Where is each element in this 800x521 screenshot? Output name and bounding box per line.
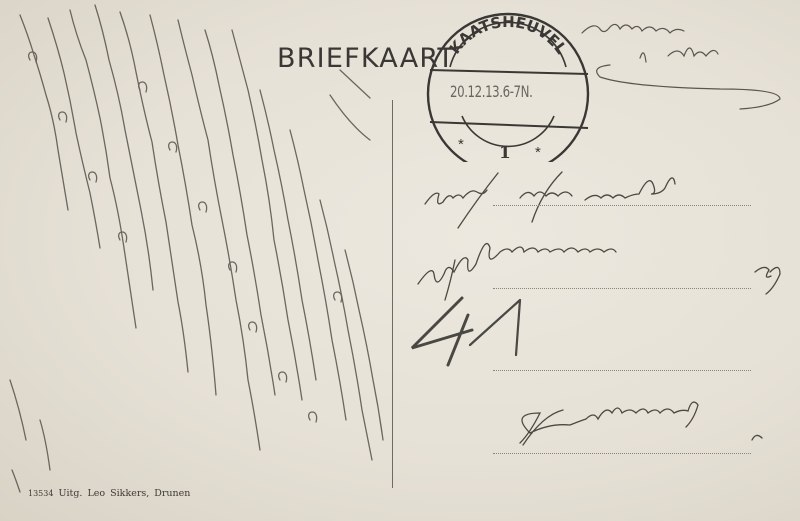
postmark-office-number: 1 <box>499 143 511 163</box>
message-address-divider <box>392 100 393 488</box>
publisher-text: Uitg. Leo Sikkers, Drunen <box>58 488 190 499</box>
address-line-2 <box>493 288 751 289</box>
postcard-back: BRIEFKAART KAATSHEUVEL 20.12.13.6-7N. * … <box>0 0 800 521</box>
publisher-imprint: 13534 Uitg. Leo Sikkers, Drunen <box>28 488 190 499</box>
postmark-star-right-icon: * <box>535 144 541 161</box>
postmark-star-left-icon: * <box>458 136 464 153</box>
handwritten-message <box>0 0 800 521</box>
publisher-number: 13534 <box>28 489 53 498</box>
address-line-1 <box>493 205 751 206</box>
address-line-4 <box>493 453 751 454</box>
postmark-town: KAATSHEUVEL <box>446 13 571 58</box>
svg-text:KAATSHEUVEL: KAATSHEUVEL <box>446 13 571 58</box>
postmark-date: 20.12.13.6-7N. <box>450 82 532 101</box>
address-line-3 <box>493 370 751 371</box>
